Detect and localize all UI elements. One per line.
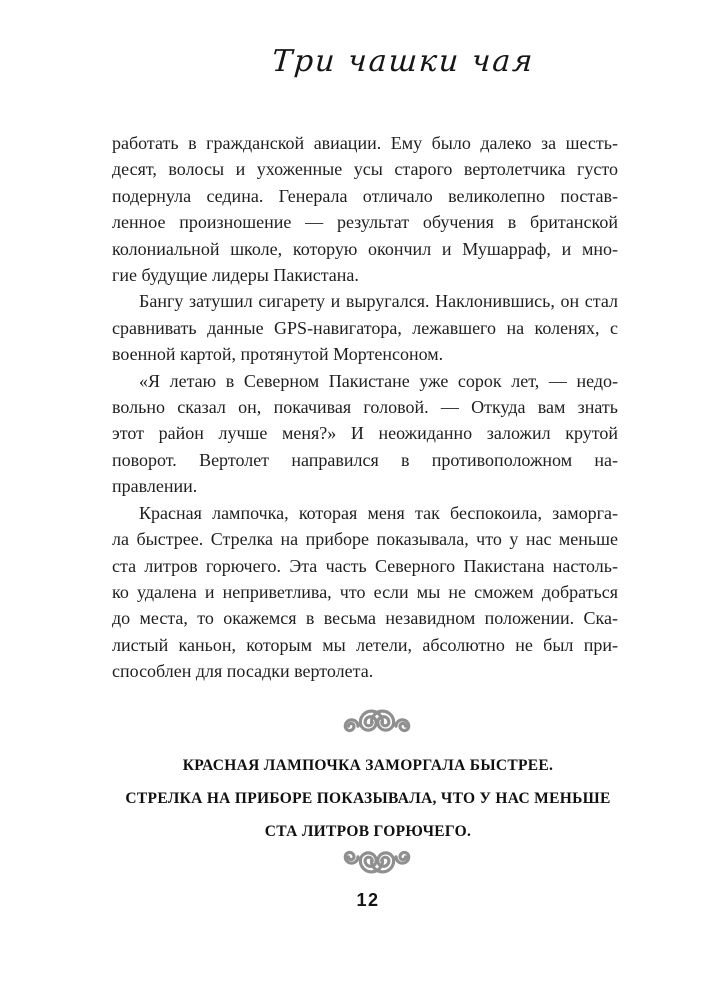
paragraph: «Я летаю в Северном Пакистане уже сорок …	[112, 368, 618, 500]
text-line: подернула седина. Генерала отличало вели…	[112, 183, 618, 209]
text-line: ла быстрее. Стрелка на приборе показывал…	[112, 526, 618, 552]
swirl-divider-icon	[331, 706, 423, 740]
text-line: способлен для посадки вертолета.	[112, 658, 618, 684]
pull-quote-line: КРАСНАЯ ЛАМПОЧКА ЗАМОРГАЛА БЫСТРЕЕ.	[0, 749, 726, 782]
page-number-container: 12	[0, 890, 726, 911]
text-line: «Я летаю в Северном Пакистане уже сорок …	[112, 368, 618, 394]
text-line: листый каньон, которым мы летели, абсолю…	[112, 632, 618, 658]
paragraph: Красная лампочка, которая меня так беспо…	[112, 500, 618, 685]
text-line: работать в гражданской авиации. Ему было…	[112, 130, 618, 156]
pull-quote: КРАСНАЯ ЛАМПОЧКА ЗАМОРГАЛА БЫСТРЕЕ.СТРЕЛ…	[0, 749, 726, 848]
paragraph: работать в гражданской авиации. Ему было…	[112, 130, 618, 288]
text-line: гие будущие лидеры Пакистана.	[112, 262, 618, 288]
text-line: ко удалена и неприветлива, что если мы н…	[112, 579, 618, 605]
text-line: колониальной школе, которую окончил и Му…	[112, 236, 618, 262]
swirl-divider-icon	[331, 843, 423, 877]
paragraph: Бангу затушил сигарету и выругался. Накл…	[112, 288, 618, 367]
text-line: ленное произношение — результат обучения…	[112, 209, 618, 235]
text-line: поворот. Вертолет направился в противопо…	[112, 447, 618, 473]
text-line: ста литров горючего. Эта часть Северного…	[112, 553, 618, 579]
body-text: работать в гражданской авиации. Ему было…	[112, 130, 618, 685]
pull-quote-line: СТРЕЛКА НА ПРИБОРЕ ПОКАЗЫВАЛА, ЧТО У НАС…	[0, 782, 726, 815]
swirl-ornament-top	[331, 706, 423, 740]
book-page: Три чашки чая работать в гражданской ави…	[0, 0, 726, 1000]
running-head-container: Три чашки чая	[0, 44, 726, 79]
text-line: этот район лучше меня?» И неожиданно зал…	[112, 420, 618, 446]
text-line: Бангу затушил сигарету и выругался. Накл…	[112, 288, 618, 314]
text-line: до места, то окажемся в весьма незавидно…	[112, 605, 618, 631]
text-line: военной картой, протянутой Мортенсоном.	[112, 341, 618, 367]
running-head: Три чашки чая	[271, 44, 536, 79]
page-number: 12	[356, 890, 379, 910]
text-line: десят, волосы и ухоженные усы старого ве…	[112, 156, 618, 182]
swirl-ornament-bottom	[331, 843, 423, 877]
text-line: вольно сказал он, покачивая головой. — О…	[112, 394, 618, 420]
text-line: Красная лампочка, которая меня так беспо…	[112, 500, 618, 526]
text-line: сравнивать данные GPS-навигатора, лежавш…	[112, 315, 618, 341]
text-line: правлении.	[112, 473, 618, 499]
